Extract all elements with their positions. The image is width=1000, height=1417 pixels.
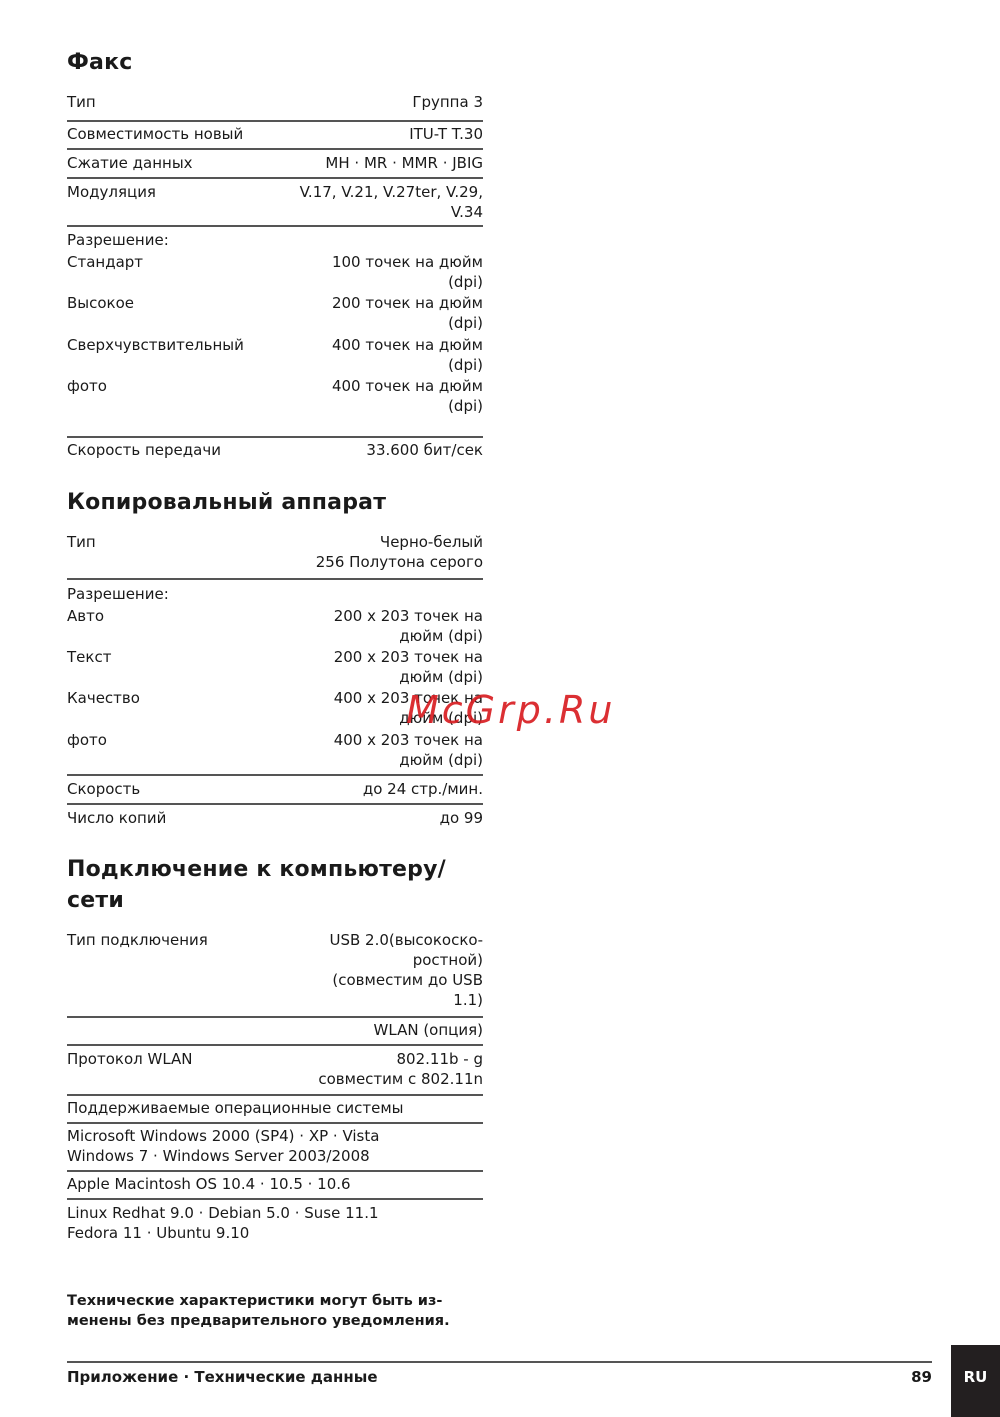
spec-label: Модуляция <box>67 182 156 202</box>
spec-value: 200 точек на дюйм (dpi) <box>332 293 483 333</box>
page-number: 89 <box>911 1367 932 1387</box>
spec-label: фото <box>67 730 107 750</box>
divider <box>67 177 483 179</box>
divider <box>67 803 483 805</box>
spec-value: USB 2.0(высокоско- ростной) (совместим д… <box>329 930 483 1010</box>
connection-heading: Подключение к компьютеру/ сети <box>67 854 446 916</box>
spec-value: 802.11b - g совместим с 802.11n <box>318 1049 483 1089</box>
spec-value: 100 точек на дюйм (dpi) <box>332 252 483 292</box>
language-tab: RU <box>951 1345 1000 1417</box>
spec-label: Тип <box>67 92 96 112</box>
divider <box>67 1016 483 1018</box>
os-windows: Microsoft Windows 2000 (SP4) · XP · Vist… <box>67 1126 483 1166</box>
divider <box>67 1198 483 1200</box>
spec-value: MH · MR · MMR · JBIG <box>325 153 483 173</box>
spec-value: Группа 3 <box>412 92 483 112</box>
divider <box>67 120 483 122</box>
copier-heading: Копировальный аппарат <box>67 487 386 518</box>
spec-label: Разрешение: <box>67 230 169 250</box>
spec-label: Качество <box>67 688 140 708</box>
divider <box>67 225 483 227</box>
os-header: Поддерживаемые операционные системы <box>67 1098 483 1118</box>
spec-value: Черно-белый 256 Полутона серого <box>316 532 483 572</box>
spec-value: 33.600 бит/сек <box>366 440 483 460</box>
divider <box>67 1094 483 1096</box>
disclaimer-note: Технические характеристики могут быть из… <box>67 1291 487 1331</box>
spec-value: 400 x 203 точек на дюйм (dpi) <box>334 730 483 770</box>
footer-title: Приложение · Технические данные <box>67 1367 378 1387</box>
spec-label: Сверхчувствительный <box>67 335 244 355</box>
spec-value: 200 x 203 точек на дюйм (dpi) <box>334 606 483 646</box>
spec-value: 400 точек на дюйм (dpi) <box>332 376 483 416</box>
divider <box>67 1122 483 1124</box>
watermark: McGrp.Ru <box>406 688 615 732</box>
spec-value: ITU-T T.30 <box>409 124 483 144</box>
spec-label: Разрешение: <box>67 584 169 604</box>
spec-label: Совместимость новый <box>67 124 243 144</box>
spec-label: фото <box>67 376 107 396</box>
spec-value: V.17, V.21, V.27ter, V.29, V.34 <box>300 182 483 222</box>
divider <box>67 436 483 438</box>
footer-divider <box>67 1361 932 1363</box>
divider <box>67 1170 483 1172</box>
spec-value: 200 x 203 точек на дюйм (dpi) <box>334 647 483 687</box>
spec-label: Скорость <box>67 779 140 799</box>
spec-label: Скорость передачи <box>67 440 221 460</box>
spec-label: Тип <box>67 532 96 552</box>
divider <box>67 148 483 150</box>
spec-label: Авто <box>67 606 104 626</box>
divider <box>67 774 483 776</box>
os-mac: Apple Macintosh OS 10.4 · 10.5 · 10.6 <box>67 1174 483 1194</box>
spec-label: Стандарт <box>67 252 143 272</box>
spec-value: WLAN (опция) <box>374 1020 483 1040</box>
fax-heading: Факс <box>67 47 132 78</box>
spec-label: Протокол WLAN <box>67 1049 193 1069</box>
spec-label: Текст <box>67 647 111 667</box>
divider <box>67 578 483 580</box>
spec-label: Число копий <box>67 808 166 828</box>
divider <box>67 1044 483 1046</box>
spec-value: до 99 <box>440 808 483 828</box>
spec-value: до 24 стр./мин. <box>363 779 483 799</box>
spec-value: 400 точек на дюйм (dpi) <box>332 335 483 375</box>
spec-label: Сжатие данных <box>67 153 193 173</box>
os-linux: Linux Redhat 9.0 · Debian 5.0 · Suse 11.… <box>67 1203 483 1243</box>
spec-label: Тип подключения <box>67 930 208 950</box>
spec-label: Высокое <box>67 293 134 313</box>
